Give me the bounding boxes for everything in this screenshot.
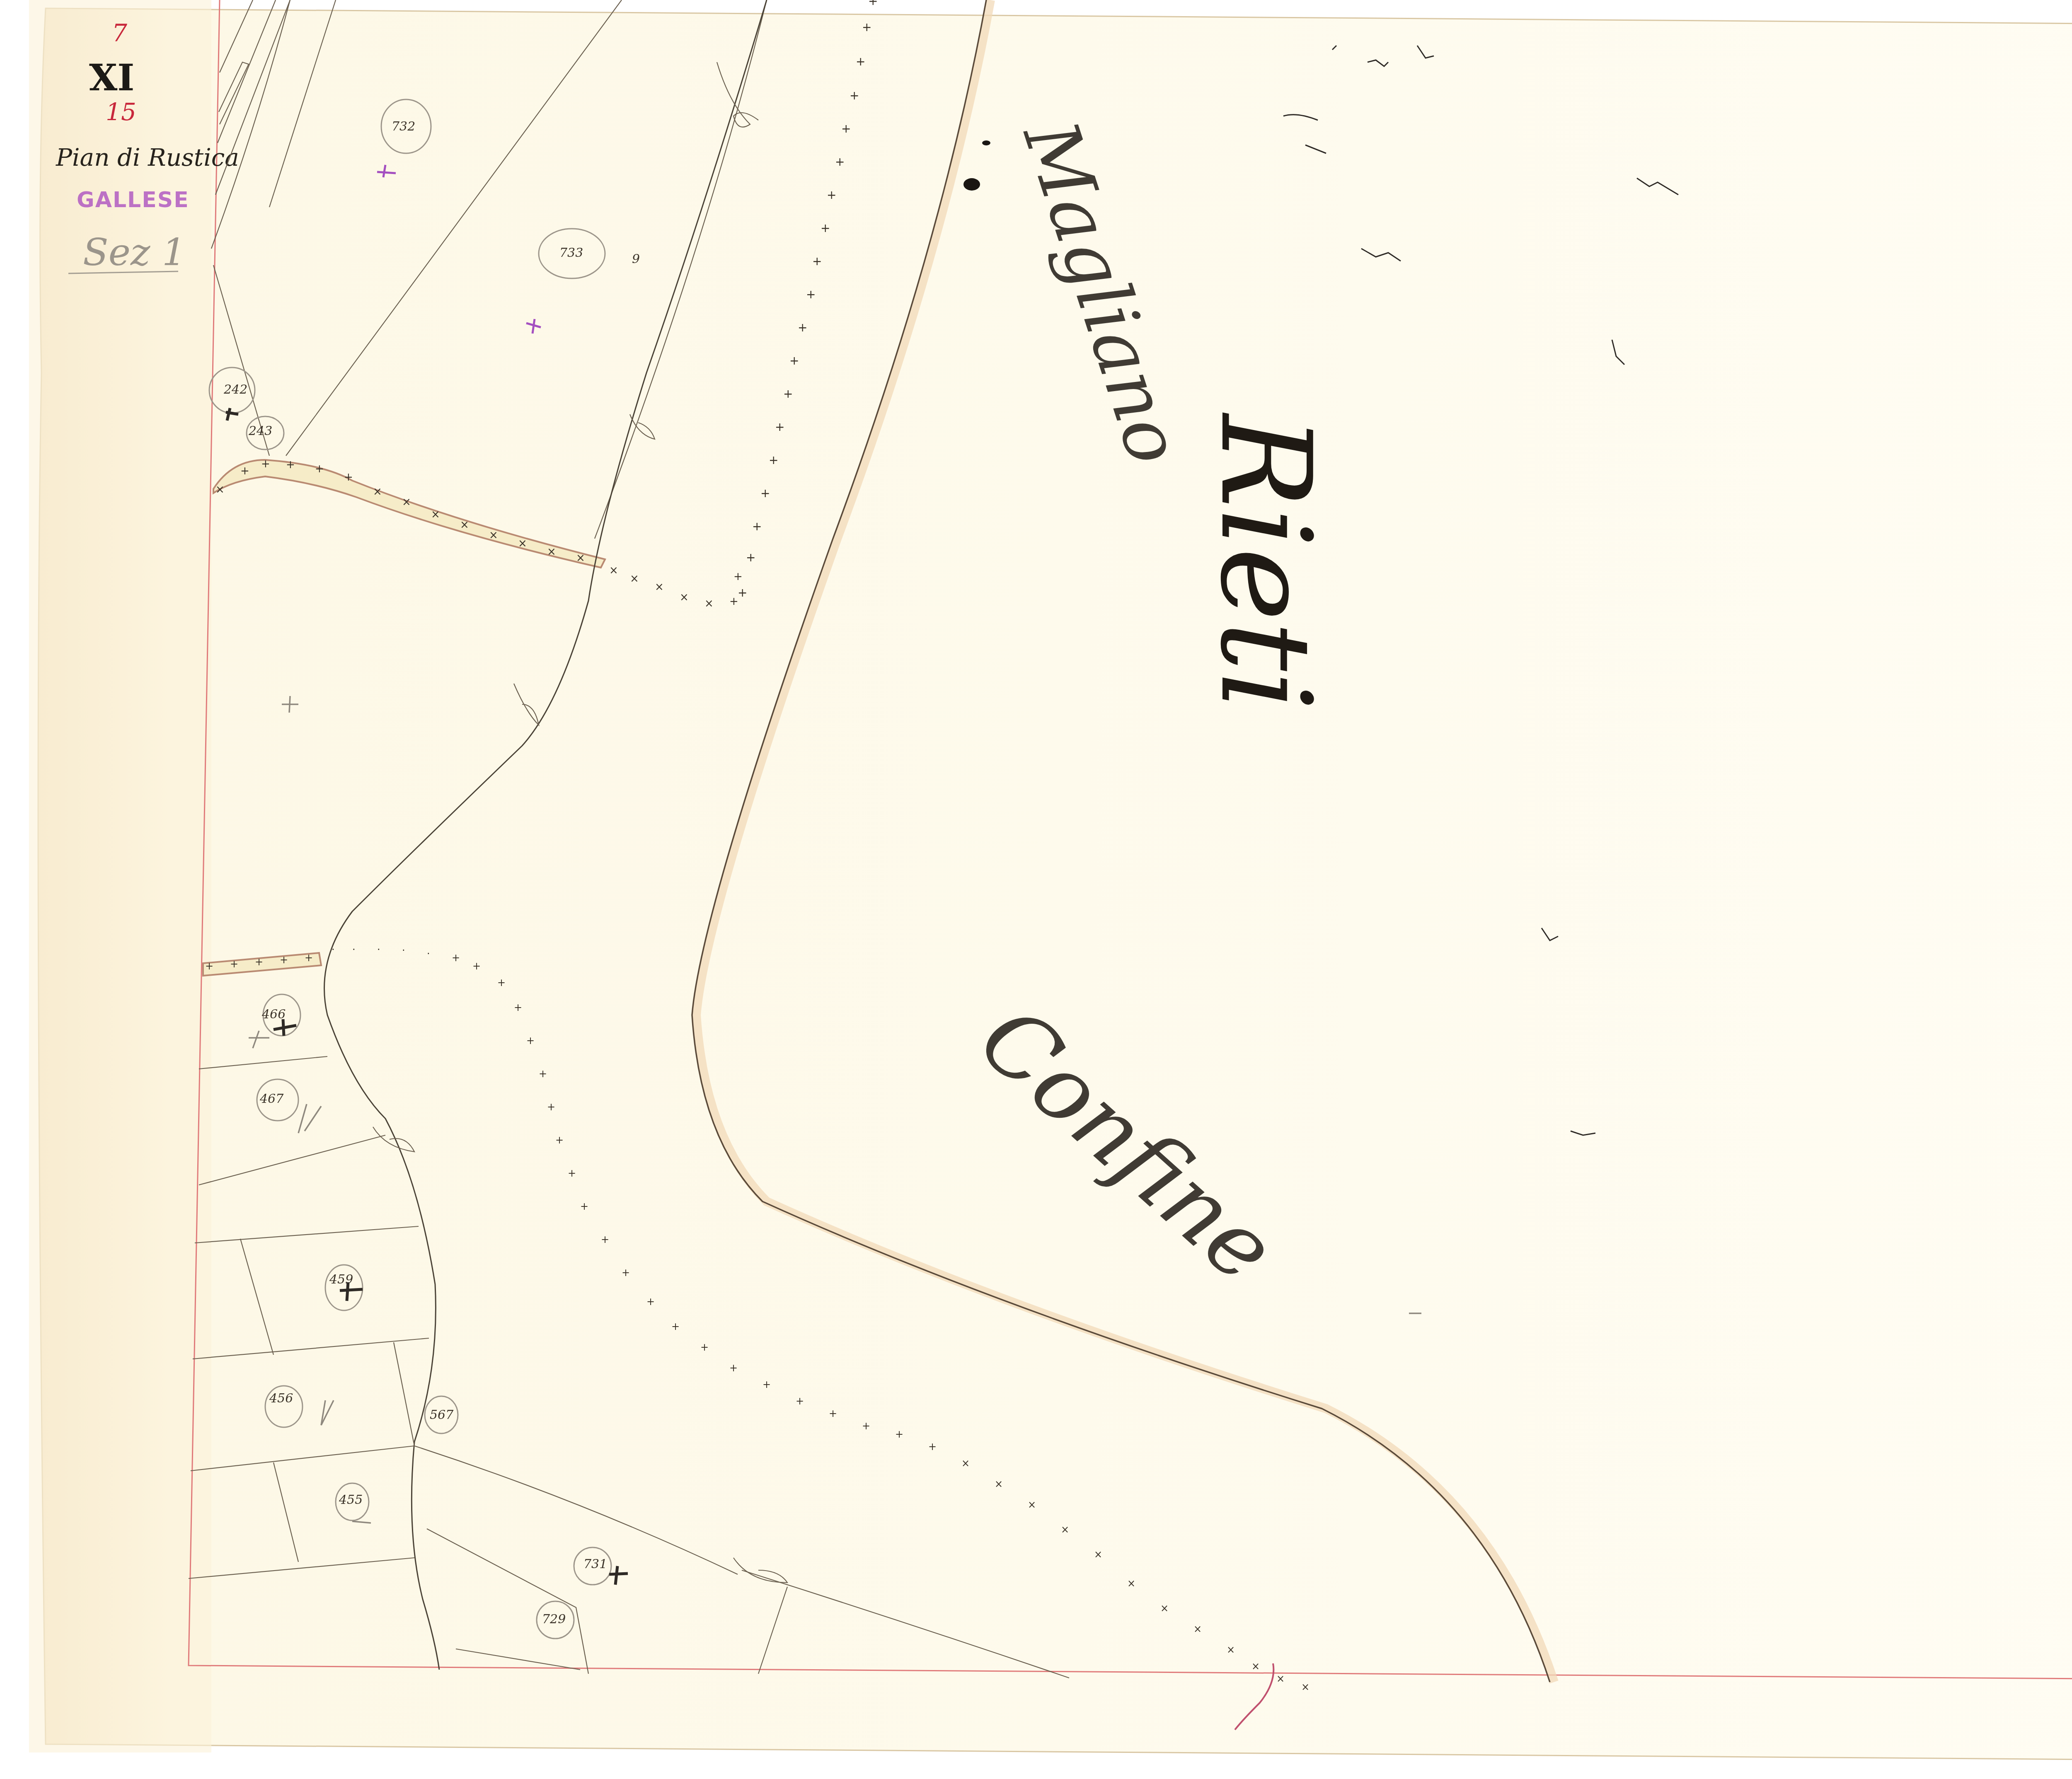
svg-text:+: +: [580, 1201, 588, 1212]
svg-text:+: +: [729, 595, 738, 608]
svg-text:+: +: [862, 20, 871, 34]
municipality-stamp: GALLESE: [77, 188, 189, 213]
svg-text:×: ×: [518, 537, 527, 550]
svg-text:+: +: [472, 960, 481, 972]
svg-text:+: +: [646, 1296, 655, 1308]
pencil-section-note: Sez 1: [83, 231, 186, 274]
svg-text:×: ×: [1061, 1524, 1069, 1535]
svg-text:+: +: [452, 952, 460, 964]
svg-text:243: 243: [248, 424, 272, 438]
svg-text:+: +: [280, 954, 288, 966]
svg-text:455: 455: [339, 1493, 363, 1507]
svg-text:+: +: [315, 463, 324, 475]
svg-text:×: ×: [1193, 1623, 1202, 1635]
svg-text:+: +: [841, 122, 851, 135]
svg-text:+: +: [555, 1134, 564, 1146]
svg-text:×: ×: [995, 1478, 1003, 1490]
svg-text:+: +: [230, 958, 238, 970]
svg-text:467: 467: [259, 1092, 284, 1106]
svg-text:+: +: [344, 471, 353, 483]
svg-text:×: ×: [1028, 1499, 1036, 1511]
svg-text:+: +: [827, 188, 836, 202]
svg-text:+: +: [539, 1068, 547, 1080]
svg-text:+: +: [729, 1362, 738, 1374]
svg-text:×: ×: [1301, 1681, 1310, 1693]
svg-text:+: +: [261, 458, 270, 470]
svg-text:+: +: [796, 1395, 804, 1407]
svg-text:242: 242: [223, 382, 247, 397]
svg-text:+: +: [255, 956, 263, 968]
sheet-number-bottom: 15: [106, 98, 136, 126]
svg-text:+: +: [850, 89, 859, 102]
svg-text:729: 729: [542, 1612, 566, 1627]
svg-text:+: +: [856, 55, 865, 68]
svg-text:+: +: [783, 387, 793, 401]
parcel-733-suffix: 9: [632, 252, 640, 266]
svg-text:×: ×: [402, 496, 411, 508]
svg-text:×: ×: [609, 564, 618, 577]
svg-text:+: +: [738, 586, 747, 599]
svg-text:+: +: [821, 221, 830, 235]
svg-text:×: ×: [630, 573, 639, 585]
svg-text:+: +: [514, 1002, 522, 1013]
svg-text:+: +: [671, 1321, 680, 1332]
cadastral-map-sheet: 7 XI 15 Pian di Rustica GALLESE Sez 1 ++…: [0, 0, 2072, 1779]
svg-text:·: ·: [402, 945, 405, 956]
svg-text:+: +: [762, 1379, 771, 1390]
svg-text:×: ×: [704, 597, 714, 610]
svg-text:+: +: [798, 321, 807, 334]
svg-text:+: +: [547, 1101, 555, 1113]
svg-text:+: +: [829, 1408, 837, 1419]
locality-title: Pian di Rustica: [56, 143, 239, 172]
svg-text:+: +: [601, 1234, 609, 1245]
svg-text:×: ×: [1094, 1549, 1102, 1560]
svg-text:+: +: [700, 1342, 709, 1353]
svg-text:×: ×: [431, 508, 440, 521]
label-rieti: Rieti: [1193, 412, 1338, 711]
svg-text:733: 733: [559, 246, 583, 260]
svg-text:×: ×: [1276, 1673, 1285, 1685]
svg-text:×: ×: [489, 529, 498, 541]
svg-text:+: +: [862, 1420, 870, 1432]
svg-text:+: +: [746, 551, 755, 564]
svg-text:+: +: [928, 1441, 937, 1453]
svg-text:+: +: [568, 1167, 576, 1179]
svg-text:+: +: [240, 465, 249, 477]
svg-text:+: +: [752, 520, 762, 533]
svg-text:×: ×: [215, 483, 225, 496]
svg-text:×: ×: [680, 591, 689, 604]
svg-text:×: ×: [373, 486, 382, 498]
svg-text:731: 731: [583, 1557, 607, 1571]
svg-text:456: 456: [269, 1391, 293, 1406]
svg-text:×: ×: [1127, 1578, 1135, 1589]
svg-text:×: ×: [576, 552, 585, 564]
ink-blot-small: [982, 140, 990, 145]
svg-text:·: ·: [352, 944, 356, 955]
svg-text:732: 732: [392, 119, 415, 134]
ink-blot: [963, 178, 980, 191]
sheet-number-top: 7: [112, 19, 127, 47]
svg-text:×: ×: [1160, 1603, 1169, 1614]
svg-text:+: +: [775, 420, 784, 434]
svg-text:459: 459: [329, 1272, 353, 1287]
svg-text:·: ·: [332, 944, 335, 955]
svg-text:×: ×: [460, 519, 469, 531]
svg-text:×: ×: [547, 546, 556, 558]
svg-text:+: +: [205, 960, 213, 972]
svg-text:+: +: [868, 0, 878, 8]
svg-text:+: +: [769, 453, 778, 467]
svg-text:+: +: [760, 486, 770, 500]
svg-text:+: +: [286, 459, 295, 471]
svg-text:+: +: [305, 952, 313, 964]
svg-text:×: ×: [961, 1458, 970, 1469]
svg-text:×: ×: [655, 581, 664, 593]
svg-text:+: +: [812, 254, 822, 268]
svg-text:·: ·: [377, 944, 380, 955]
svg-text:+: +: [497, 977, 506, 989]
svg-text:+: +: [622, 1267, 630, 1279]
map-canvas: 7 XI 15 Pian di Rustica GALLESE Sez 1 ++…: [0, 0, 2072, 1779]
svg-text:+: +: [733, 570, 743, 583]
svg-text:+: +: [789, 354, 799, 367]
svg-text:567: 567: [430, 1408, 454, 1422]
svg-text:+: +: [526, 1035, 535, 1047]
svg-text:·: ·: [427, 948, 430, 960]
svg-text:+: +: [895, 1429, 903, 1440]
svg-text:+: +: [835, 155, 845, 169]
foglio-roman-numeral: XI: [89, 56, 134, 99]
svg-text:×: ×: [1251, 1661, 1260, 1672]
svg-text:×: ×: [1227, 1644, 1235, 1656]
svg-text:+: +: [806, 288, 816, 301]
